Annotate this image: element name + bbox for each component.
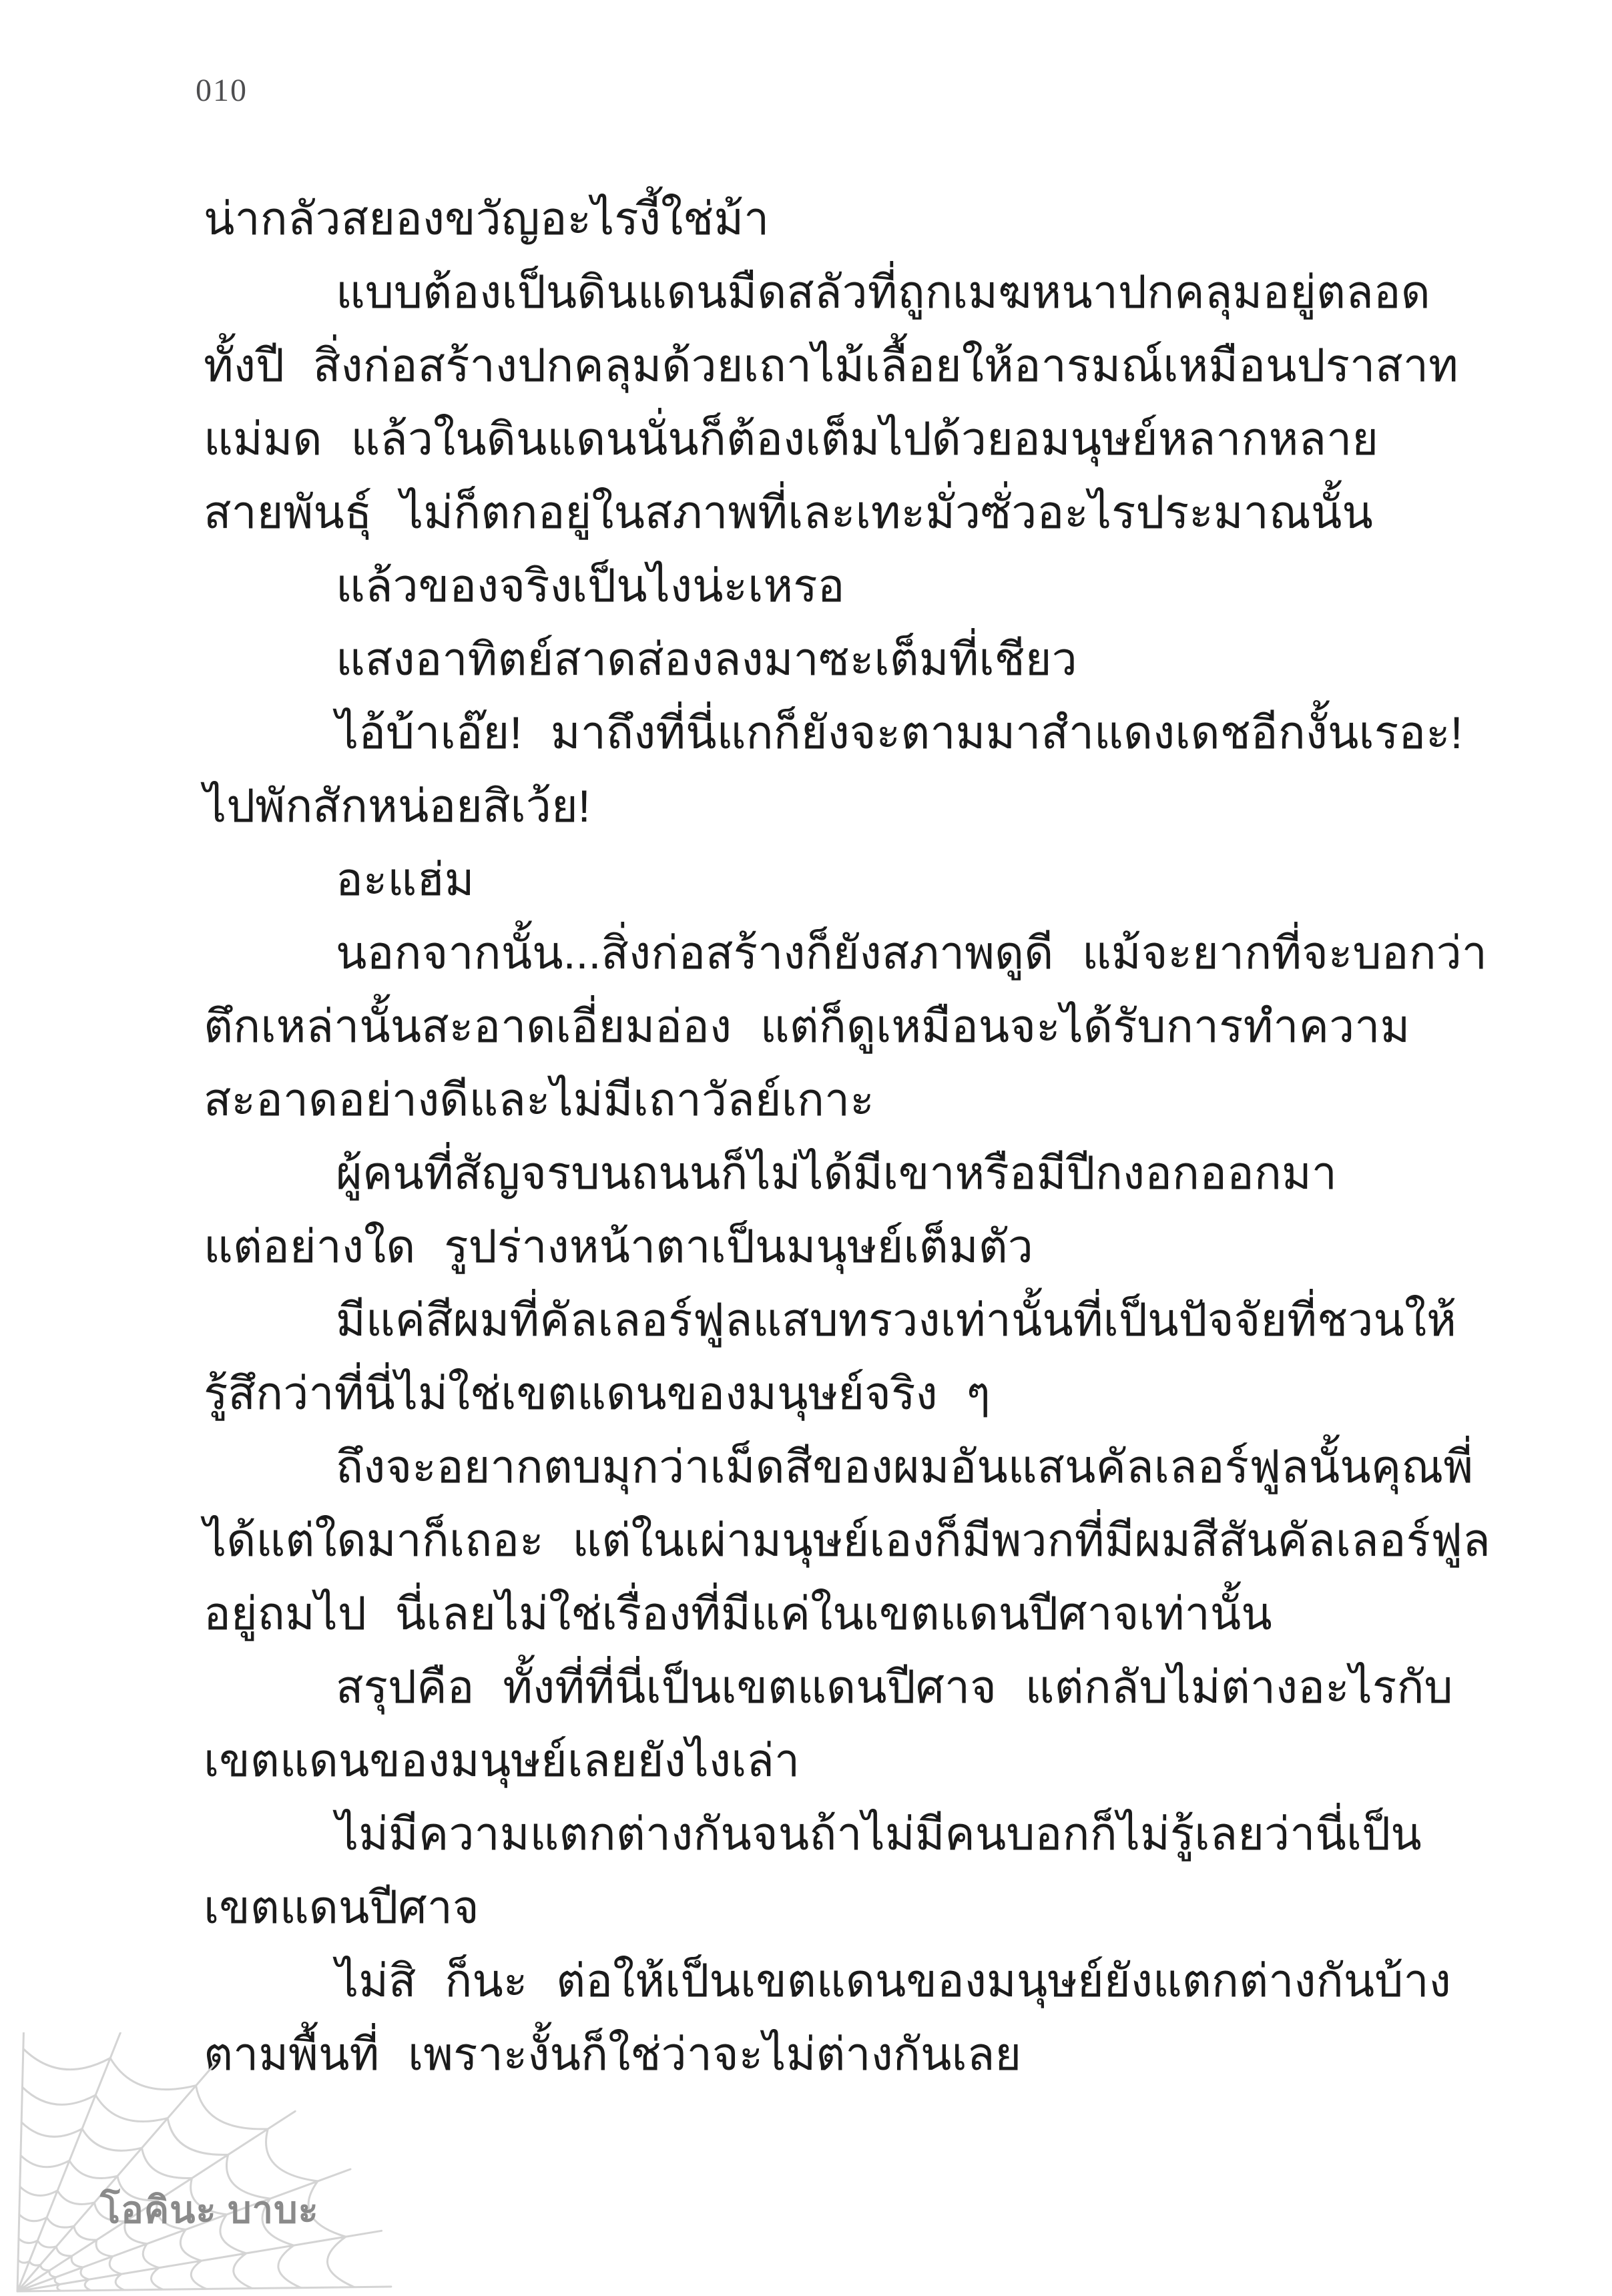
text-line: เขตแดนของมนุษย์เลยยังไงเล่า xyxy=(204,1724,1422,1797)
text-line: ไม่สิ ก็นะ ต่อให้เป็นเขตแดนของมนุษย์ยังแ… xyxy=(204,1944,1422,2018)
text-line: เขตแดนปีศาจ xyxy=(204,1871,1422,1944)
text-line: น่ากลัวสยองขวัญอะไรงี้ใช่ม้า xyxy=(204,182,1422,256)
text-line: ตึกเหล่านั้นสะอาดเอี่ยมอ่อง แต่ก็ดูเหมือ… xyxy=(204,990,1422,1063)
page-number: 010 xyxy=(196,75,248,107)
text-line: สายพันธุ์ ไม่ก็ตกอยู่ในสภาพที่เละเทะมั่ว… xyxy=(204,476,1422,549)
text-line: สรุปคือ ทั้งที่ที่นี่เป็นเขตแดนปีศาจ แต่… xyxy=(204,1651,1422,1724)
text-line: ผู้คนที่สัญจรบนถนนก็ไม่ได้มีเขาหรือมีปีก… xyxy=(204,1137,1422,1210)
text-line: แม่มด แล้วในดินแดนนั่นก็ต้องเต็มไปด้วยอม… xyxy=(204,402,1422,476)
text-line: นอกจากนั้น...สิ่งก่อสร้างก็ยังสภาพดูดี แ… xyxy=(204,916,1422,990)
text-line: มีแค่สีผมที่คัลเลอร์ฟูลแสบทรวงเท่านั้นที… xyxy=(204,1283,1422,1357)
author-credit: โอคินะ บาบะ xyxy=(100,2180,319,2239)
text-line: แล้วของจริงเป็นไงน่ะเหรอ xyxy=(204,549,1422,623)
text-line: ไอ้บ้าเอ๊ย! มาถึงที่นี่แกก็ยังจะตามมาสำแ… xyxy=(204,696,1422,770)
text-line: แต่อย่างใด รูปร่างหน้าตาเป็นมนุษย์เต็มตั… xyxy=(204,1210,1422,1283)
text-line: แบบต้องเป็นดินแดนมืดสลัวที่ถูกเมฆหนาปกคล… xyxy=(204,256,1422,329)
body-text-block: น่ากลัวสยองขวัญอะไรงี้ใช่ม้าแบบต้องเป็นด… xyxy=(204,182,1422,2091)
text-line: รู้สึกว่าที่นี่ไม่ใช่เขตแดนของมนุษย์จริง… xyxy=(204,1357,1422,1430)
text-line: อยู่ถมไป นี่เลยไม่ใช่เรื่องที่มีแค่ในเขต… xyxy=(204,1577,1422,1651)
text-line: ได้แต่ใดมาก็เถอะ แต่ในเผ่ามนุษย์เองก็มีพ… xyxy=(204,1504,1422,1577)
text-line: แสงอาทิตย์สาดส่องลงมาซะเต็มที่เชียว xyxy=(204,623,1422,696)
text-line: ตามพื้นที่ เพราะงั้นก็ใช่ว่าจะไม่ต่างกัน… xyxy=(204,2018,1422,2091)
text-line: ทั้งปี สิ่งก่อสร้างปกคลุมด้วยเถาไม้เลื้อ… xyxy=(204,329,1422,402)
book-page: 010 น่ากลัวสยองขวัญอะไรงี้ใช่ม้าแบบต้องเ… xyxy=(0,0,1612,2296)
text-line: ถึงจะอยากตบมุกว่าเม็ดสีของผมอันแสนคัลเลอ… xyxy=(204,1430,1422,1504)
text-line: อะแฮ่ม xyxy=(204,843,1422,916)
text-line: ไม่มีความแตกต่างกันจนถ้าไม่มีคนบอกก็ไม่ร… xyxy=(204,1797,1422,1871)
text-line: สะอาดอย่างดีและไม่มีเถาวัลย์เกาะ xyxy=(204,1063,1422,1137)
text-line: ไปพักสักหน่อยสิเว้ย! xyxy=(204,770,1422,843)
